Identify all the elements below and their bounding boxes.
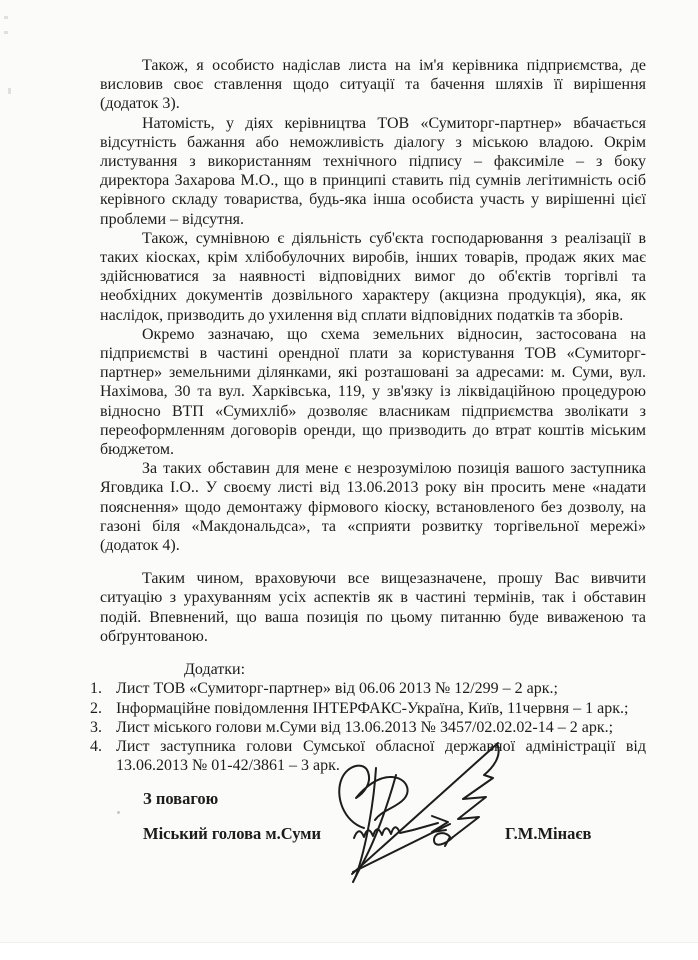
attachment-number: 2. — [90, 699, 116, 718]
closing-salutation: З повагою — [143, 789, 218, 809]
letter-paragraph: За таких обставин для мене є незрозуміло… — [100, 459, 646, 555]
attachment-number: 1. — [90, 679, 116, 698]
attachment-item: 2. Інформаційне повідомлення ІНТЕРФАКС-У… — [90, 699, 646, 718]
scan-artifact — [8, 88, 11, 94]
attachments-heading: Додатки: — [100, 660, 646, 679]
signer-title: Міський голова м.Суми — [143, 824, 321, 844]
page-edge — [0, 942, 698, 960]
attachment-item: 3. Лист міського голови м.Суми від 13.06… — [90, 718, 646, 737]
attachment-text: Інформаційне повідомлення ІНТЕРФАКС-Укра… — [116, 699, 646, 718]
scan-artifact — [117, 811, 120, 814]
scan-artifact — [4, 16, 8, 19]
letter-paragraph: Також, сумнівною є діяльність суб'єкта г… — [100, 229, 646, 325]
letter-paragraph: Окремо зазначаю, що схема земельних відн… — [100, 325, 646, 459]
scanned-letter-page: Також, я особисто надіслав листа на ім'я… — [0, 0, 698, 960]
attachment-number: 4. — [90, 737, 116, 775]
letter-paragraph: Також, я особисто надіслав листа на ім'я… — [100, 56, 646, 114]
signature-image — [320, 738, 530, 898]
attachment-number: 3. — [90, 718, 116, 737]
letter-paragraph: Таким чином, враховуючи все вищезазначен… — [100, 569, 646, 646]
attachment-item: 1. Лист ТОВ «Сумиторг-партнер» від 06.06… — [90, 679, 646, 698]
letter-body: Також, я особисто надіслав листа на ім'я… — [100, 56, 646, 775]
letter-paragraph: Натомість, у діях керівництва ТОВ «Сумит… — [100, 114, 646, 229]
attachment-text: Лист міського голови м.Суми від 13.06.20… — [116, 718, 646, 737]
scan-artifact — [4, 31, 8, 34]
attachment-text: Лист ТОВ «Сумиторг-партнер» від 06.06 20… — [116, 679, 646, 698]
